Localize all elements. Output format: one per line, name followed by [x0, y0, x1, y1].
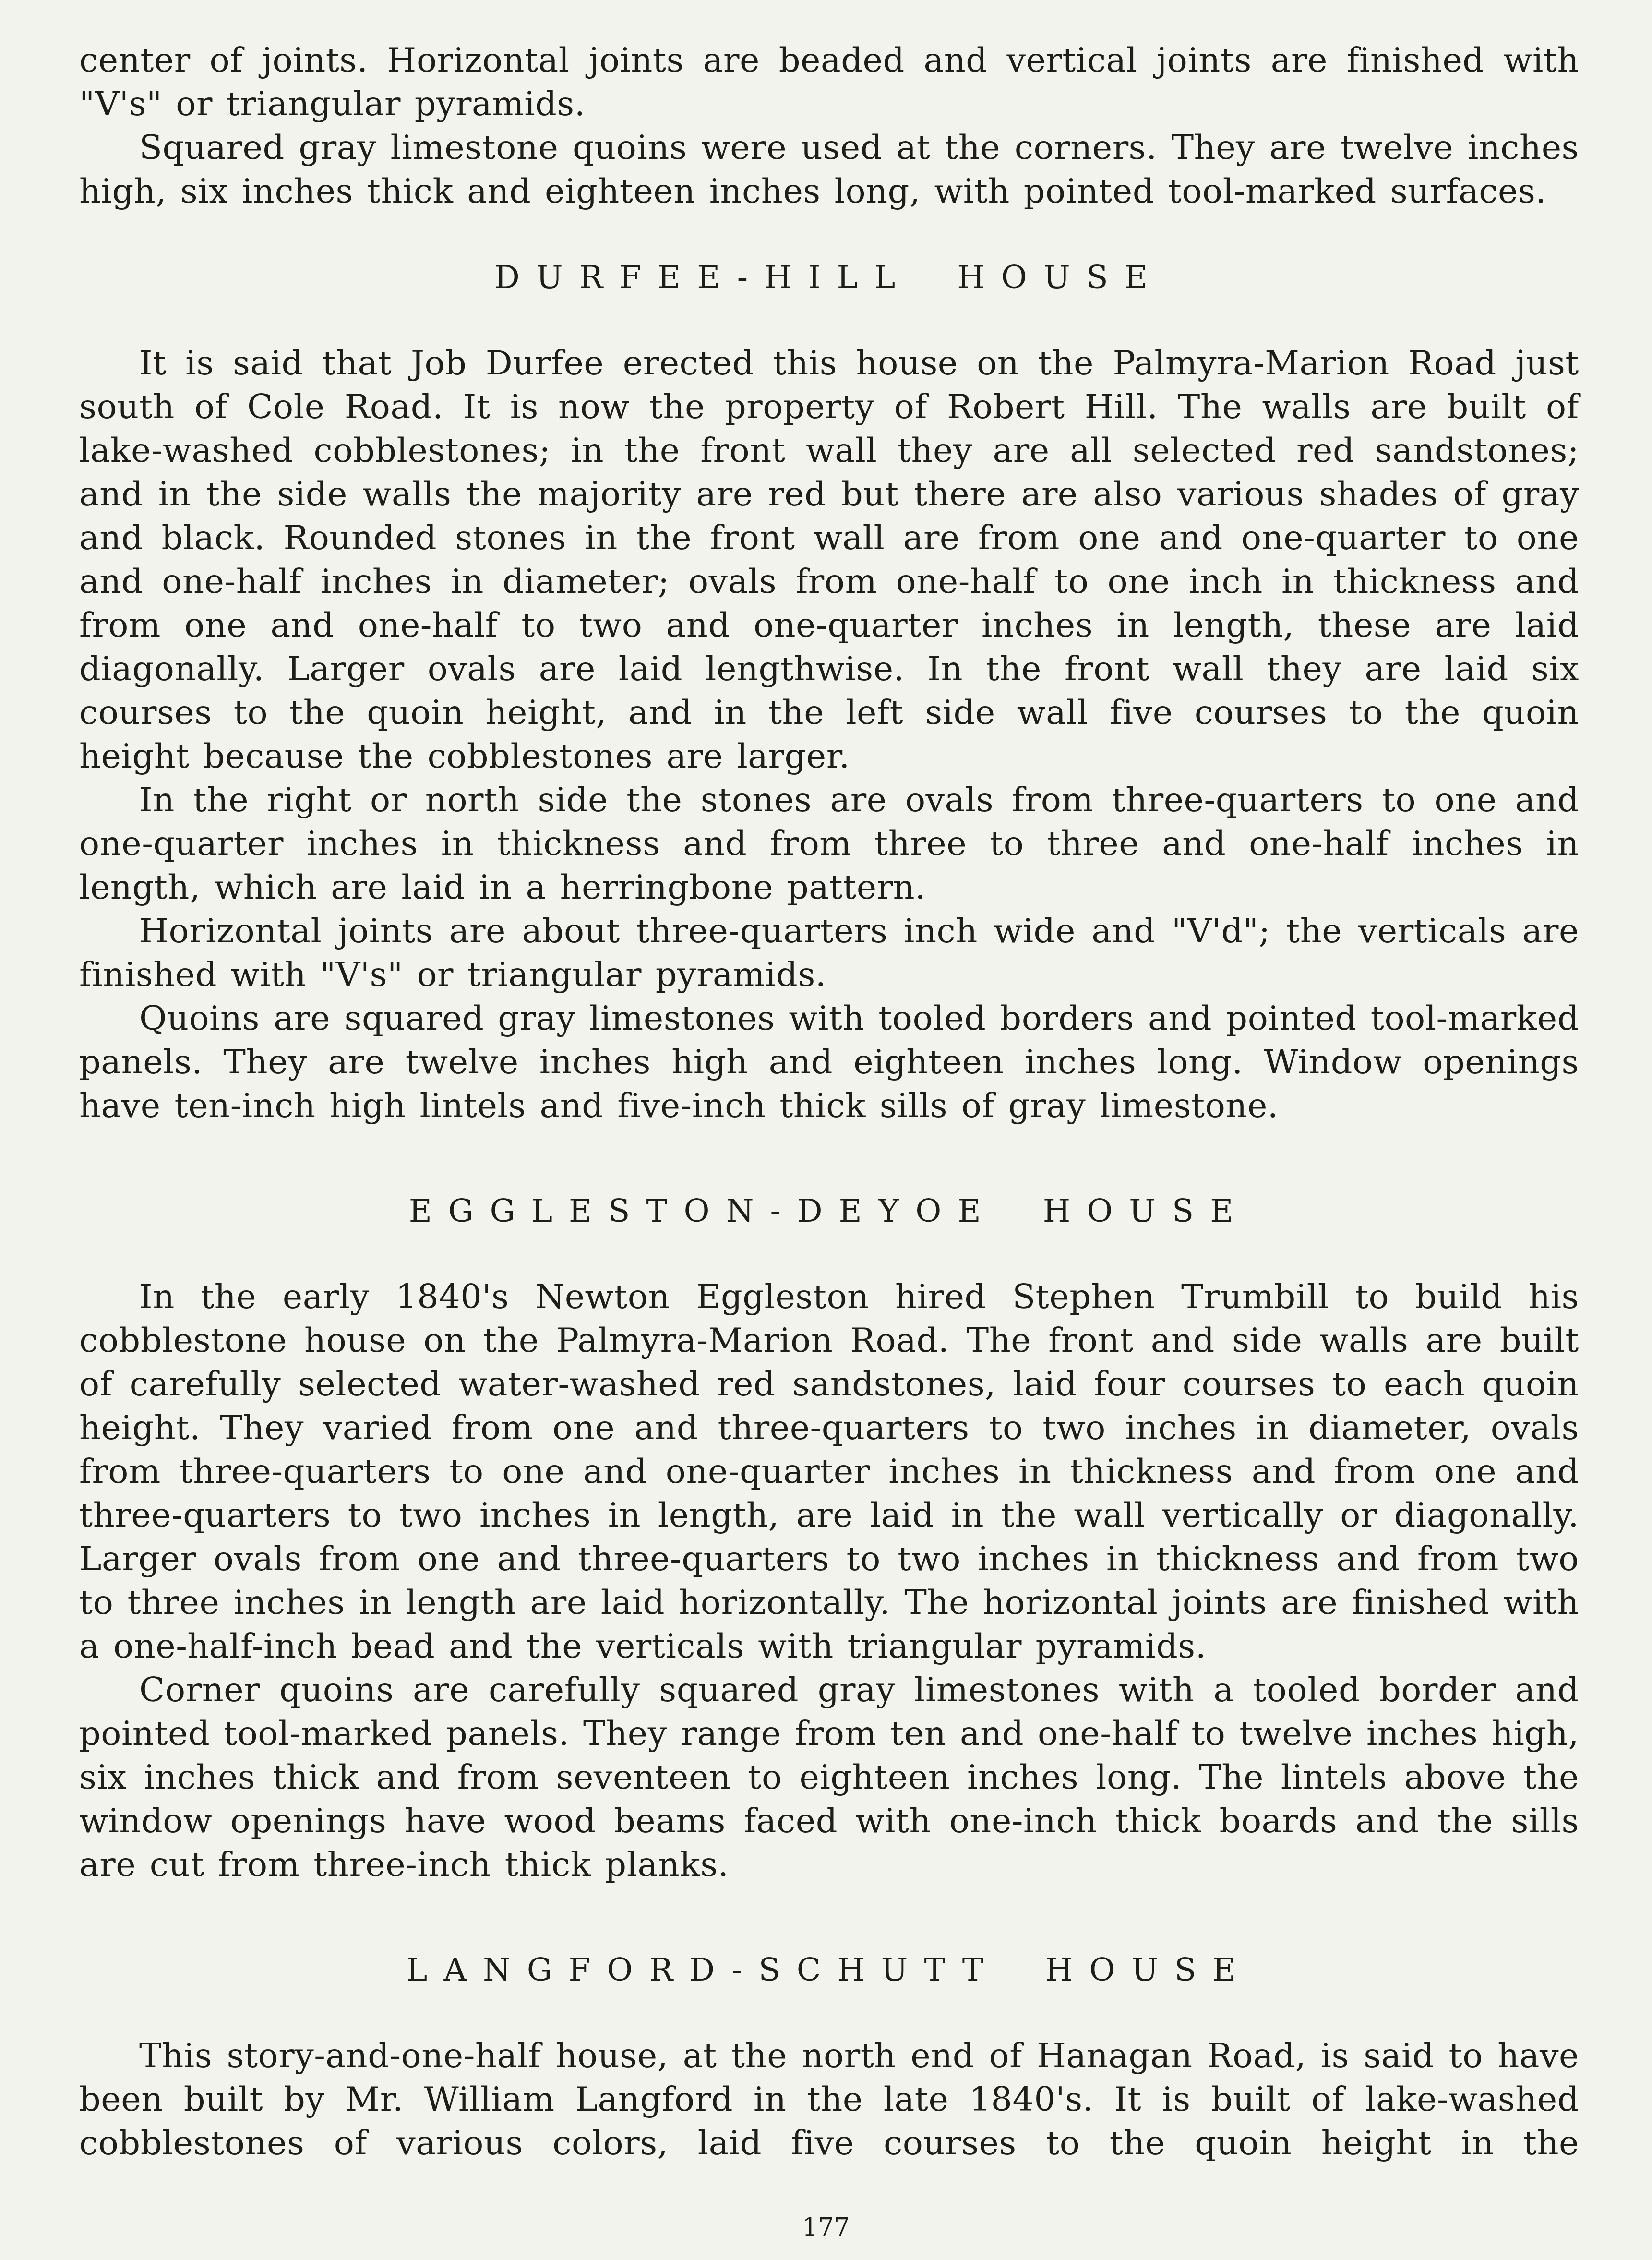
page-body: center of joints. Horizontal joints are … — [79, 38, 1579, 2165]
page-number: 177 — [0, 2213, 1652, 2242]
eggleston-paragraph-2: Corner quoins are carefully squared gray… — [79, 1668, 1579, 1887]
durfee-paragraph-1: It is said that Job Durfee erected this … — [79, 341, 1579, 778]
durfee-paragraph-3: Horizontal joints are about three-quarte… — [79, 909, 1579, 997]
langford-paragraph-1: This story-and-one-half house, at the no… — [79, 2034, 1579, 2165]
eggleston-paragraph-1: In the early 1840's Newton Eggleston hir… — [79, 1275, 1579, 1668]
durfee-paragraph-2: In the right or north side the stones ar… — [79, 778, 1579, 909]
section-title-langford-schutt: LANGFORD-SCHUTT HOUSE — [79, 1951, 1579, 1988]
durfee-paragraph-4: Quoins are squared gray limestones with … — [79, 997, 1579, 1128]
opening-paragraph-2: Squared gray limestone quoins were used … — [79, 126, 1579, 213]
opening-paragraph-1: center of joints. Horizontal joints are … — [79, 38, 1579, 126]
section-title-durfee-hill: DURFEE-HILL HOUSE — [79, 259, 1579, 296]
section-title-eggleston-deyoe: EGGLESTON-DEYOE HOUSE — [79, 1192, 1579, 1229]
